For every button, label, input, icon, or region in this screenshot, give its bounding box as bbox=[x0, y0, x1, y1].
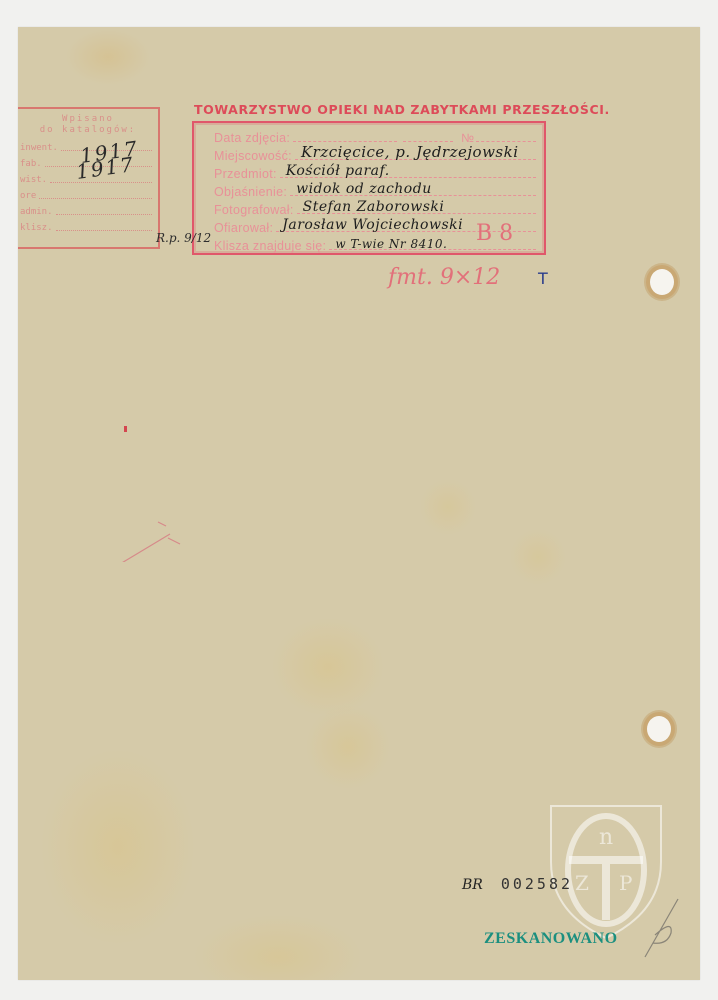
scanned-stamp: ZESKANOWANO bbox=[484, 930, 618, 948]
catalogue-row-admin: admin. bbox=[18, 201, 158, 217]
stamp-header-line2: do katalogów: bbox=[18, 124, 158, 137]
svg-text:Z: Z bbox=[575, 871, 589, 895]
rp-note: R.p. 9/12 bbox=[156, 231, 211, 245]
society-stamp-title: TOWARZYSTWO OPIEKI NAD ZABYTKAMI PRZESZŁ… bbox=[194, 102, 564, 117]
catalogue-row-klisz: klisz. bbox=[18, 217, 158, 233]
svg-text:n: n bbox=[599, 825, 613, 850]
inventory-number: BR002582 bbox=[462, 875, 573, 893]
inventory-prefix: BR bbox=[462, 877, 483, 893]
paper-hole-top bbox=[650, 269, 674, 295]
inventory-digits: 002582 bbox=[501, 875, 573, 893]
catalogue-row-ore: ore bbox=[18, 185, 158, 201]
red-pencil-marks bbox=[118, 422, 188, 562]
pencil-signature bbox=[633, 895, 693, 965]
blue-check-mark: T bbox=[538, 269, 548, 288]
catalogue-card: Wpisano do katalogów: inwent. fab. wist.… bbox=[18, 27, 700, 980]
svg-text:P: P bbox=[619, 871, 632, 895]
paper-hole-bottom bbox=[647, 716, 671, 742]
format-note: fmt. 9×12 bbox=[388, 265, 500, 290]
red-annotation-b8: B 8 bbox=[476, 221, 513, 246]
